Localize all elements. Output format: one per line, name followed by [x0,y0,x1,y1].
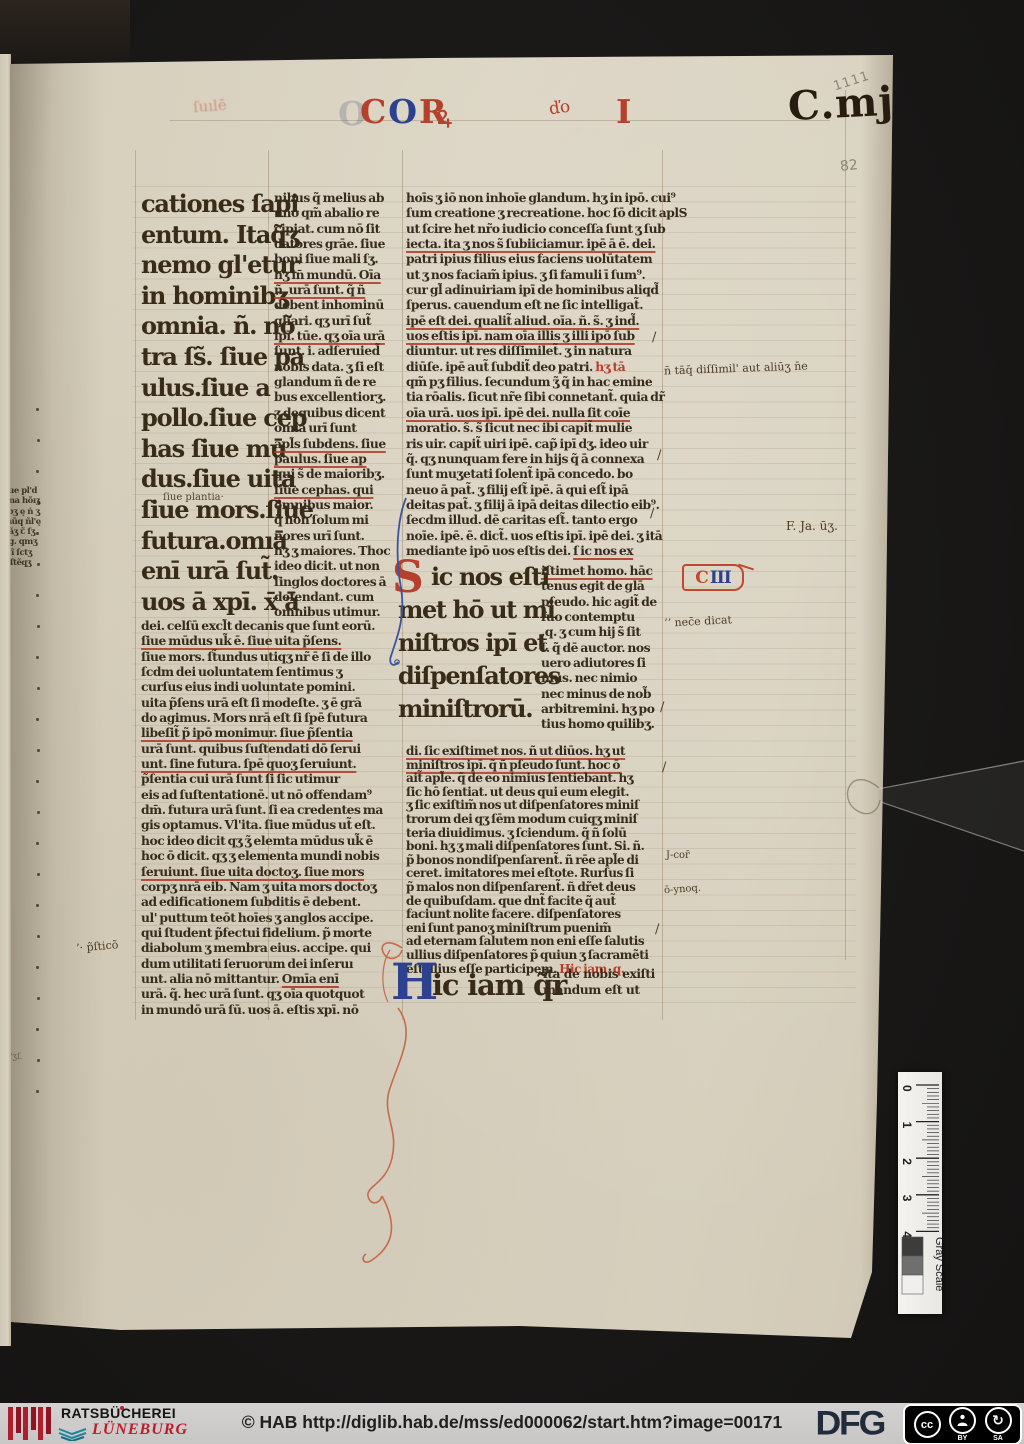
text-line: ris uir. capit̃ uiri ipē. cap̃ ipī dʒ. i… [406,436,664,451]
text-line: diſpenſatores [398,659,548,692]
text-line: urā ſunt. quibus ſuſtendati dō ſerui [141,741,403,756]
marginal-note-jcor: J-cor̄ [666,850,690,861]
text-line: ſ. q̃ dē auctor. nos [541,640,663,655]
footer-bar: RATSBÜCHEREI LÜNEBURG © HAB http://digli… [0,1403,1024,1444]
text-line: glandum ñ de re [274,374,402,389]
text-line: gis optamus. Vl'ita. ſiue mūdus ut̃ eſt. [141,817,403,832]
interlinear-gloss: ſiue plantia· [163,492,224,503]
gloss-column-wrap: iſtimet homo. hāctenus egit de glāpſeudo… [541,563,663,732]
text-line: tenus egit de glā [541,578,663,593]
text-line: p̃ſentia cui urā ſunt ſi ſic utimur [141,771,403,786]
lemma-sic-nos: ic nos eſtimet hō ut miniſtros ipī etdiſ… [398,560,548,725]
text-line: oīa urā. uos ipī. ipē dei. nulla ſit coī… [406,405,664,420]
text-line: has ſiue mū [141,434,276,465]
text-line: bus excellentiorʒ. [274,389,402,404]
text-line: trorum dei qʒ ſēm modum cuiqʒ miniſ [406,813,668,827]
text-line: diabolum ʒ membra eius. accipe. qui [141,940,403,955]
text-line: cipiat. cum nō ſit [274,221,402,236]
text-line: hoc ō dicit. qʒ ʒ elementa mundi nobis [141,848,403,863]
text-line: di. ſic exiſtimet nos. ñ ut diūos. hʒ ut [406,745,668,759]
text-line: pſeudo. hic agit̃ de [541,594,663,609]
pencil-folio-number: 82 [839,157,858,175]
text-line: ic nos eſti [398,560,548,593]
running-title-flourish: ꝝ [437,96,452,132]
text-line: ad edificationem ſubditis ē debent. [141,894,403,909]
text-line: nibus q̃ melius ab [274,190,402,205]
text-line: cur gl̃ adinuiriam ipī de hominibus aliq… [406,282,664,297]
cc-sa-arrow-icon: ↻ [985,1407,1012,1434]
text-line: ſum creatione ʒ recreatione. hoc ſō dici… [406,205,664,220]
text-line: paulus. ſiue ap [274,451,402,466]
text-line: in hominibʒ [141,281,276,312]
marginal-note-left: ʼ· p̃ſticõ [76,938,119,955]
text-line: defendant. cum [274,589,402,604]
text-line: q̃ non ſolum mi [274,512,402,527]
text-line: ad eternam ſalutem non eni eſſe ſalutis [406,935,668,949]
text-line: ait̃ apl̃e. q̃ de eo nimius ſentiebant. … [406,772,668,786]
text-line: arbitremini. hʒ po [541,701,663,716]
text-line: qm̃ pʒ filius. ſecundum ʒ̃ q̃ in hac emi… [406,374,664,389]
text-line: eis ad ſuſtentationē. ut nō offendam⁹ [141,787,403,802]
text-line: in mundō urā ſū. uos ā. eſtis xpī. nō [141,1002,403,1017]
text-line: ullius diſpenſatores p̃ quiun ʒ ſacramẽt… [406,949,668,963]
lemma-column: cationes ſapientum. Itaq̃ʒnemo gl'eturin… [141,189,276,617]
text-line: do agimus. Mors nrā eſt ſi ſpē futura [141,710,403,725]
text-line: ideo dicit. ut non [274,558,402,573]
gutter-shadow [10,56,105,1326]
text-line: debent inhominū [274,297,402,312]
text-line: entum. Itaq̃ʒ [141,220,276,251]
text-line: enī urā ſut̃. [141,556,276,587]
text-line: mandum eſt ut [543,982,673,998]
text-line: uno qm̃ abalio re [274,205,402,220]
text-line: de quibuſdam. que dnt̃ facite q̃ aut̃ [406,895,668,909]
text-line: libeſit̃ p̃ ipō monimur. ſiue p̃ſentia [141,725,403,740]
faded-red-note: ſuılē [192,96,227,116]
text-line: O [388,92,419,131]
text-line: deitas pat̃. ʒ filij ā ipā deitas dilect… [406,497,664,512]
correction-slash: / [650,506,654,521]
text-line: uita p̃ſens urā eſt ſi modeſte. ʒ ē grā [141,695,403,710]
book-numeral: I [616,92,631,131]
text-line: miniſtrorū. [398,692,548,725]
text-line: moratio. s̃. s̃ ſicut nec ibi capit̃ mul… [406,420,664,435]
verse-mark: ďo [548,97,572,120]
chapter-badge-iii: III [710,568,731,588]
correction-slash: / [662,760,666,775]
svg-text:0: 0 [900,1085,914,1092]
text-line: p̃ malos non diſpenſarent̃. ñ dr̃et deus [406,881,668,895]
cc-by-sa-badge[interactable]: cc BY ↻ SA [903,1404,1022,1444]
text-line: boni ſiue mali ſʒ. [274,251,402,266]
text-line: corpʒ nrā eib. Nam ʒ uita mors doctoʒ [141,879,403,894]
text-line: nobis data. ʒ ſi eſt [274,359,402,374]
text-line: unt. ſine futura. ſpē quoʒ ſeruiunt. [141,756,403,771]
text-line: dei. celſū excl̃t decanis que ſunt eorū. [141,618,403,633]
text-line: ut ʒ nos faciam̃ ipius. ʒ ſi famuli ī ſu… [406,267,664,282]
book-cover-edge [0,0,130,62]
text-line: nores urī ſunt. [274,528,402,543]
correction-slash: / [657,448,661,463]
text-line: tia rōalis. ſicut nr̃e ſibi connetant̃. … [406,389,664,404]
text-line: futura.omıā [141,526,276,557]
text-line: ut ſcire het nr̃o iudicio conceſſa ſunt … [406,221,664,236]
text-line: qui s̃ de maioribʒ. [274,466,402,481]
text-line: boni. hʒ ʒ mali diſpenſatores ſunt. Si. … [406,840,668,854]
text-line: C [360,92,388,131]
text-line: iecta. ita ʒ nos s̃ ſubiiciamur. ipē ā ē… [406,236,664,251]
gloss-column-middle: nibus q̃ melius abuno qm̃ abalio recipia… [274,190,402,620]
text-line: iſtimet homo. hāc [541,563,663,578]
text-line: dus.ſiue uita [141,464,276,495]
grayscale-ruler: 01234Gray Scale [898,1072,942,1314]
svg-text:3: 3 [900,1195,914,1202]
svg-text:1: 1 [900,1122,914,1129]
text-line: ſic hō ſentiat. ut deus qui eum elegit. [406,786,668,800]
text-line: urā. q̃. hec urā ſunt. qʒ oīa quotquot [141,986,403,1001]
text-line: ſperus. cauendum eſt ne ſic intelligat̃. [406,297,664,312]
text-line: ulus.ſiue a [141,373,276,404]
text-line: .q. ʒ cum hij s̃ ſit [541,624,663,639]
text-line: diūſe. ipē aut̃ ſubdit̃ deo patri. hʒ tā [406,359,664,374]
text-line: niſtros ipī et [398,626,548,659]
facing-page-edge [0,54,11,1346]
text-line: p̃ bonos nondiſpenſarent̃. ñ rēe apl̃e d… [406,854,668,868]
gloss-block-left-lower: dei. celſū excl̃t decanis que ſunt eorū.… [141,618,403,1017]
text-line: hʒ ʒ maiores. Thoc [274,543,402,558]
running-title: COR [360,92,448,131]
svg-text:Gray Scale: Gray Scale [933,1237,942,1291]
text-line: ñ. urā ſunt. q̃ ñ [274,282,402,297]
text-line: ul' puttum teōt hoīes ʒ anglos accipe. [141,910,403,925]
ruling-horizontal-header [170,120,830,121]
umlaut-red-dot [120,1406,124,1410]
correction-slash: / [660,700,664,715]
text-line: patri ipius filius eius faciens uolūtate… [406,251,664,266]
text-line: faciunt nolite facere. diſpenſatores [406,908,668,922]
text-line: nemo gl'etur [141,250,276,281]
text-line: ſcdm dei uoluntatem ſentimus ʒ [141,664,403,679]
ruling-vertical [135,150,136,1020]
text-line: q̃. qʒ nunquam fere in hijs q̃ ā connexa [406,451,664,466]
text-line: neuo ā pat̃. ʒ filij eſt̃ ipē. ā qui eſt… [406,482,664,497]
text-line: teria diuidimus. ʒ ſciendum. q̃ ñ ſolū [406,827,668,841]
text-line: ſecdm illud. dē caritas eſt̃. tanto ergo [406,512,664,527]
text-line: omnia. ñ. nõ [141,311,276,342]
gloss-column-right-top: hoīs ʒ iō non inhoīe glandum. hʒ in ipō.… [406,190,664,558]
text-line: noīe. ipē. ē. dict̃. uos eſtis ipī. ipē … [406,528,664,543]
digitized-manuscript-viewer: ĩque pl'dſuna hõıʒıẽbʒ ę ń ʒſmũq ñl'ęmãʒ… [0,0,1024,1444]
text-line: hoc ideo dicit qʒ ʒ̃ elemta mūdus uk̃ ē [141,833,403,848]
text-line: unt. alia nō mittantur. Omīa enī [141,971,403,986]
text-line: ceret. imitatores mei eſtote. Rurſus ſi [406,867,668,881]
cc-by-label: BY [958,1435,968,1442]
text-line: ſuo contemptu [541,609,663,624]
chapter-badge-c: C [695,568,709,588]
chapter-number-badge: C III [682,564,744,591]
text-line: ſinglos doctores ā [274,574,402,589]
correction-slash: / [655,922,659,937]
text-line: ſiue cephas. qui [274,482,402,497]
text-line: pollo.ſiue cep [141,403,276,434]
text-line: dum utilitati ſeruorum dei inſeruı [141,956,403,971]
cc-by-person-icon [949,1407,976,1434]
text-line: hoīs ʒ iō non inhoīe glandum. hʒ in ipō.… [406,190,664,205]
text-line: apl̃s ſubdens. ſiue [274,436,402,451]
text-line: tra ſs̃. ſiue pa [141,342,276,373]
text-line: ſiue mors. ſt̃undus utiqʒ nr̃ ē ſi de il… [141,649,403,664]
dfg-logo[interactable]: DFG [815,1403,884,1443]
text-line: omnibus maior. [274,497,402,512]
text-line: ſiue mūdus uk̃ ē. ſiue uita p̃ſens. [141,633,403,648]
text-line: diuntur. ut res diſſimilet̃. ʒ in natura [406,343,664,358]
text-line: dm̄. futura urā ſunt. ſi ea credentes ma [141,802,403,817]
text-line: ſunt muʒetati ſolent̃ ipā concedo. bo [406,466,664,481]
text-line: cationes ſapi [141,189,276,220]
text-line: ſunt. i. adſeruied̃ [274,343,402,358]
manuscript-page: ĩque pl'dſuna hõıʒıẽbʒ ę ń ʒſmũq ñl'ęmãʒ… [0,0,1024,1444]
text-line: ipī. tūe. qʒ oīa urā [274,328,402,343]
text-line: met hō ut mi [398,593,548,626]
marginal-note-source: F. Ja. ūʒ. [786,519,838,533]
gloss-column-right-bottom: di. ſic exiſtimet nos. ñ ut diūos. hʒ ut… [406,745,668,976]
text-line: tius homo quilibʒ. [541,716,663,731]
text-line: hʒ in̄ mundū. Oīa [274,267,402,282]
text-line: uos eſtis ipī. nam oīa illis ʒ illi ipō … [406,328,664,343]
gloss-hic-iam-side: ita de nobis exiſtimandum eſt ut [543,966,673,997]
text-line: curſus eius indi uoluntate pomini. [141,679,403,694]
cc-sa-label: SA [993,1435,1003,1442]
text-line: ſeruiunt. ſiue uita doctoʒ. ſiue mors [141,864,403,879]
text-line: ʒ dequibus dicent [274,405,402,420]
text-line: ita de nobis exiſti [543,966,673,982]
text-line: gliari. qʒ urī ſut̃ [274,313,402,328]
correction-slash: / [652,330,656,345]
text-line: ʒ ſic exiſtim̃ nos ut diſpenſatores mini… [406,799,668,813]
svg-text:2: 2 [900,1158,914,1165]
text-line: mediante ipō uos eſtis dei. ſ ic nos ex [406,543,664,558]
text-line: eni ſunt panoʒ miniſtrum puenim̃ [406,922,668,936]
text-line: uos ā xpī. x̄ ā [141,587,276,618]
text-line: omīa urī ſunt [274,420,402,435]
page-edge-shadow [846,55,894,1335]
text-line: qui ſtudent p̃fectui fidelium. p̃ morte [141,925,403,940]
cc-icon: cc [914,1411,941,1438]
text-line: ipē eſt dei. qualit̃ aliud. oīa. ñ. s̃. … [406,313,664,328]
text-line: datores grāe. ſiue [274,236,402,251]
